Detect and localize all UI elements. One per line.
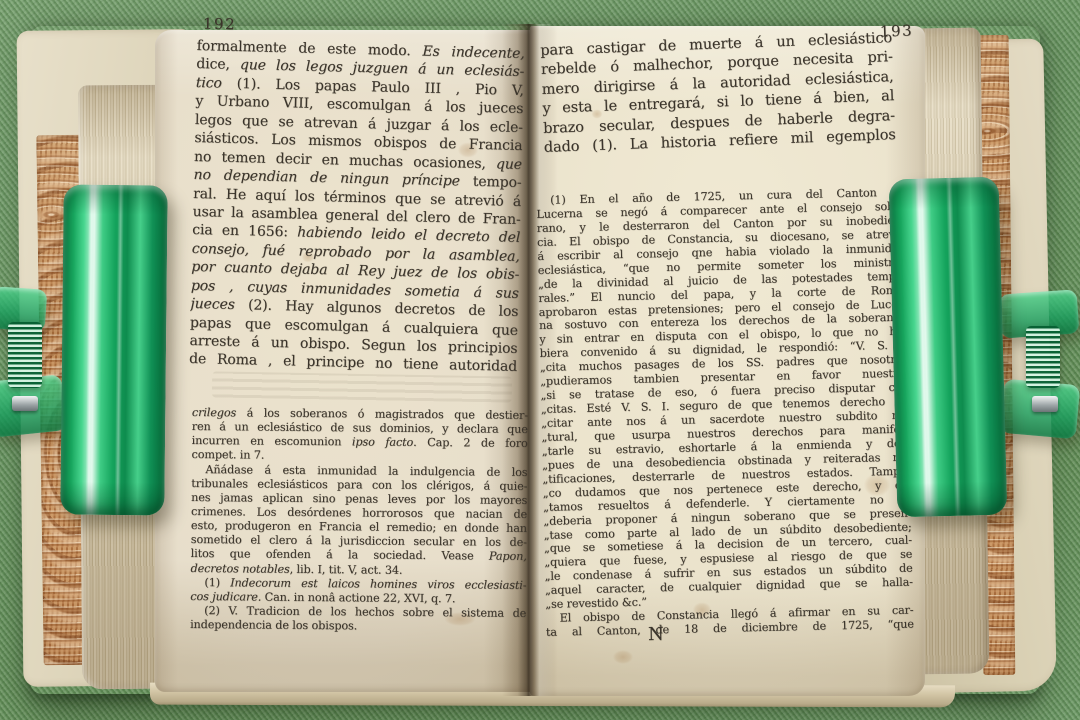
left-page-body-text: formalmente de este modo. Es indecente,d… (189, 37, 525, 377)
signature-mark: N (648, 624, 664, 645)
clip-spring (8, 322, 42, 388)
photo-open-book: 192 formalmente de este modo. Es indecen… (0, 0, 1080, 720)
clip-metal-pin (1032, 396, 1058, 412)
right-page-footnotes: (1) En el año de 1725, un cura del Canto… (536, 186, 914, 640)
ink-showthrough (212, 371, 512, 402)
clip-spring (1026, 326, 1060, 388)
clip-metal-pin (12, 396, 38, 411)
left-page-footnotes: crilegos á los soberanos ó magistrados q… (190, 406, 528, 635)
right-page-body-text: para castigar de muerte á un eclesiástic… (540, 29, 896, 158)
paper-stain (610, 648, 636, 666)
page-number-left: 192 (203, 15, 237, 34)
text-line: independencia de los obispos. (190, 618, 526, 635)
clip-bar[interactable] (889, 177, 1008, 518)
clip-bar[interactable] (60, 184, 167, 515)
